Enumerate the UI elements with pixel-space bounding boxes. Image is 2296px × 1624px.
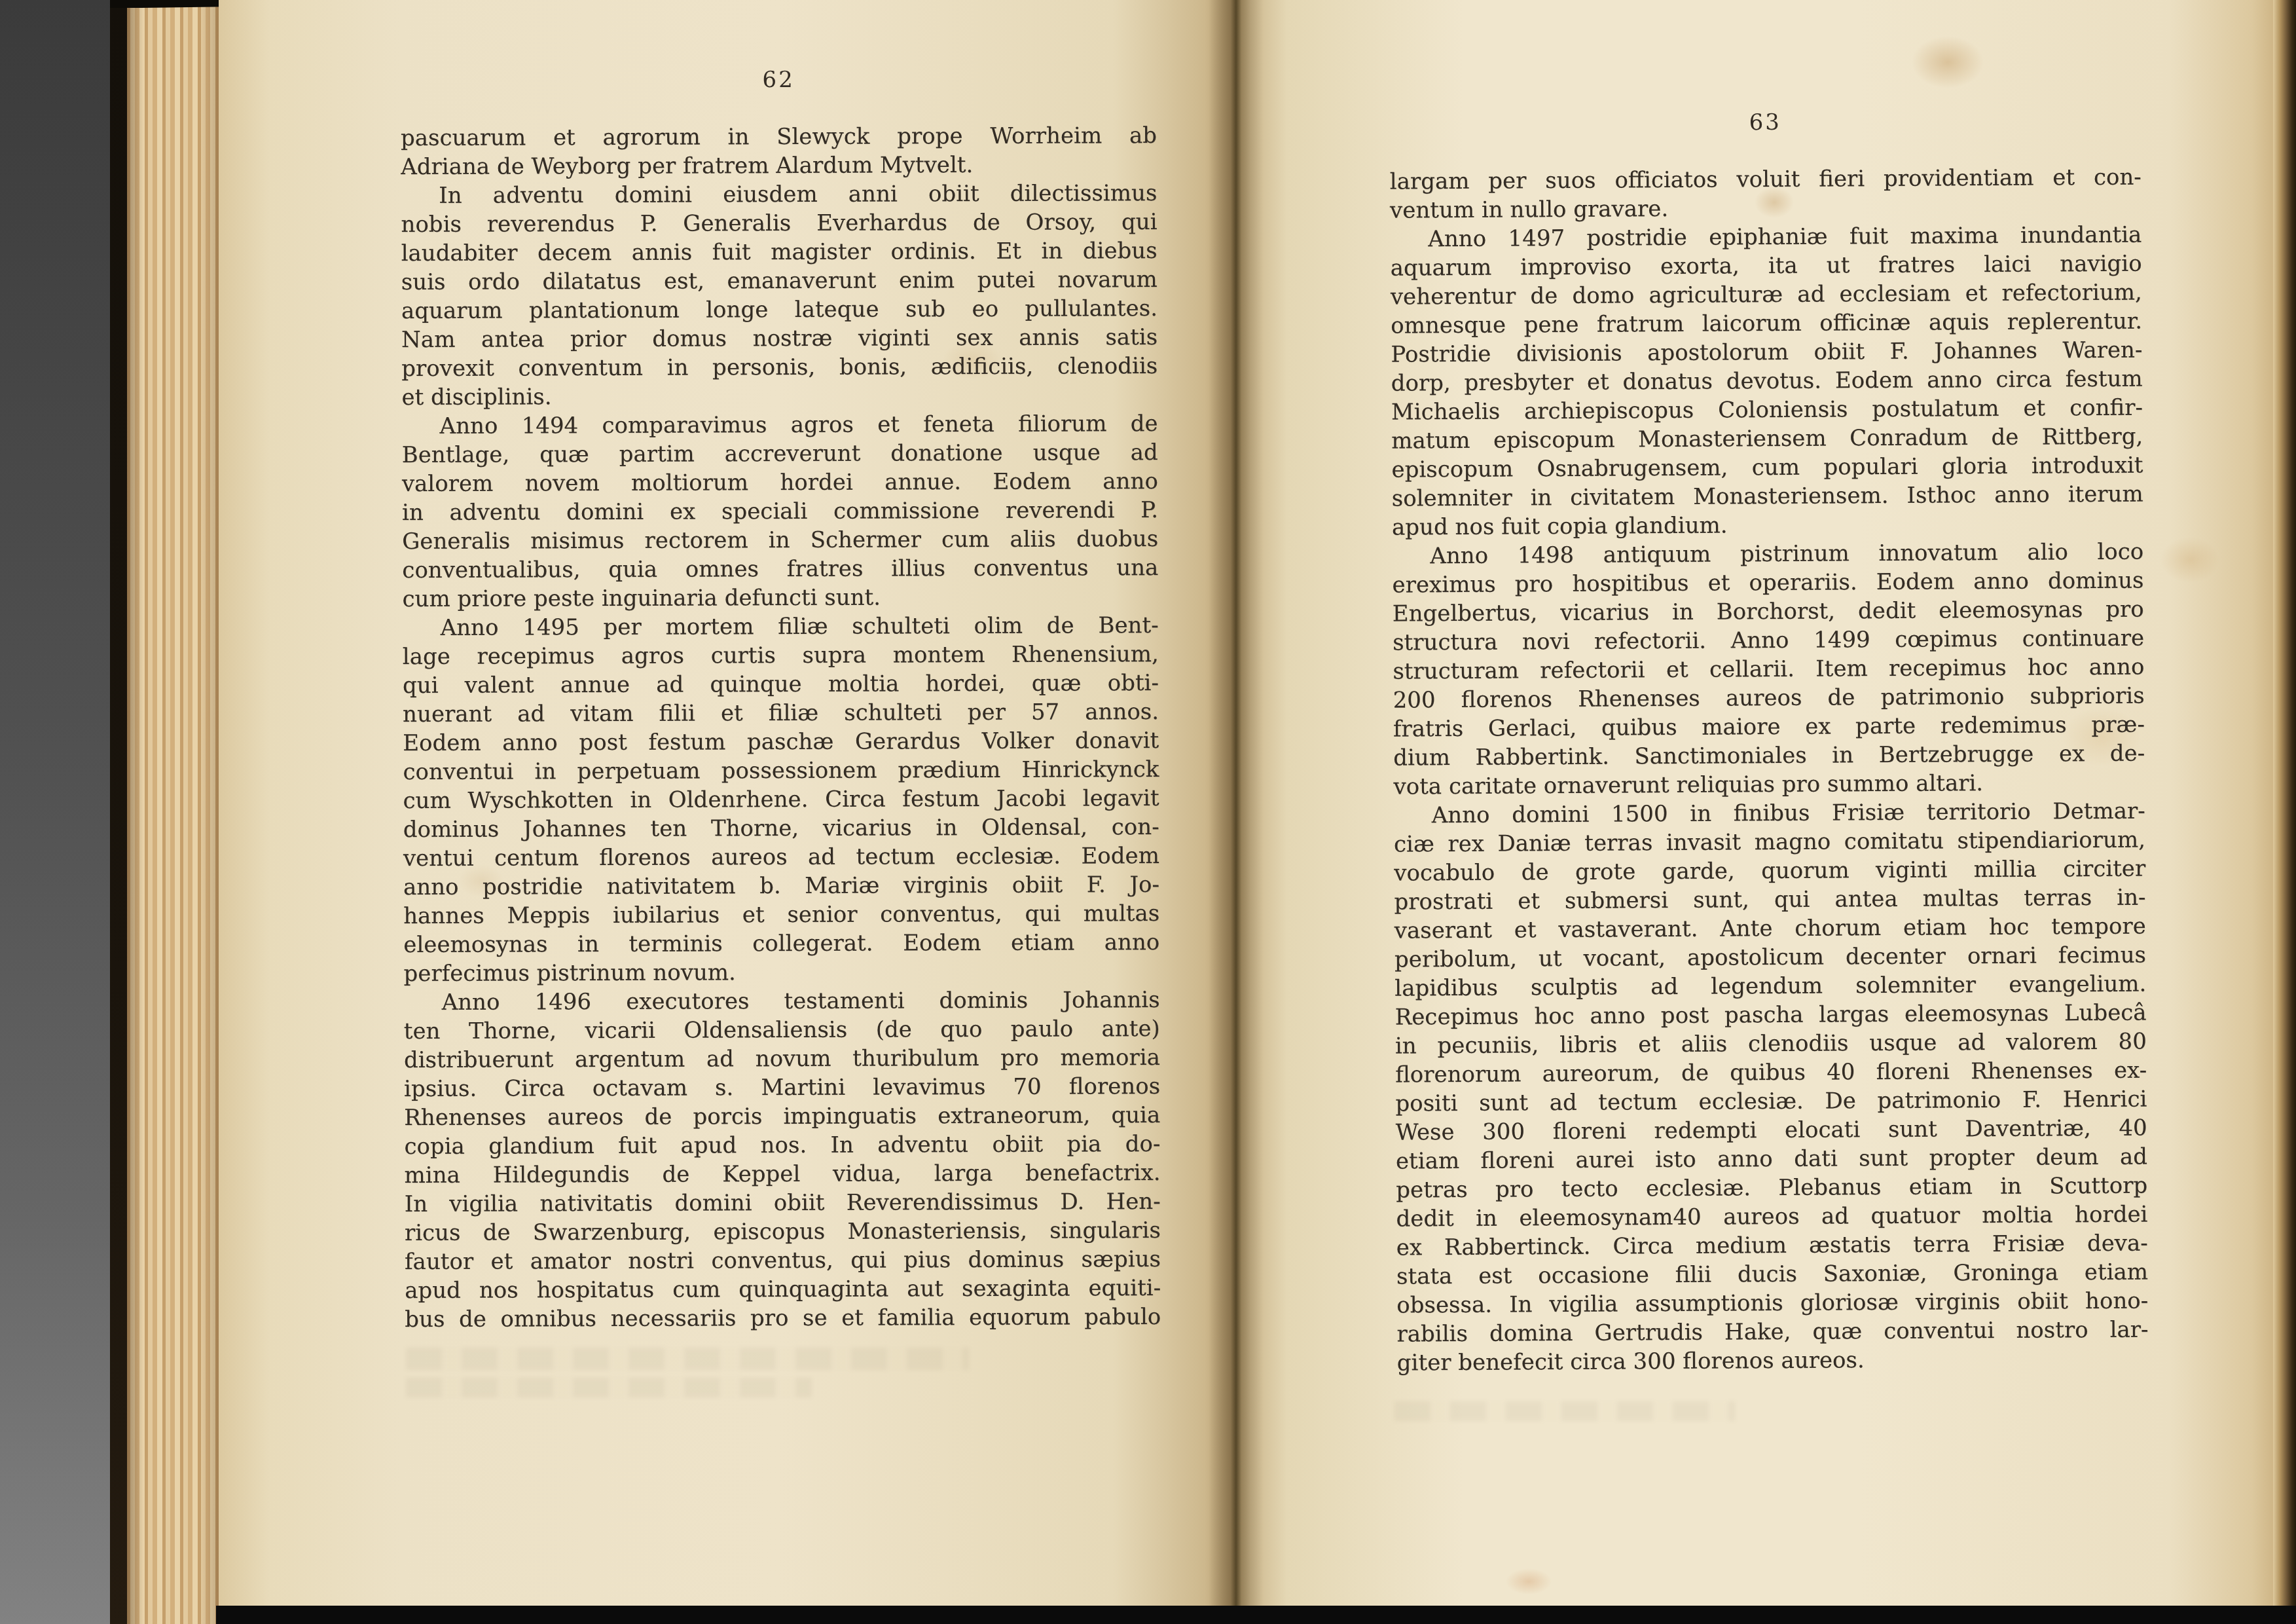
text-line: dominus Johannes ten Thorne, vicarius in… (403, 813, 1159, 844)
page-edge-stack (127, 0, 219, 1624)
text-line: in adventu domini ex speciali commission… (402, 496, 1158, 527)
text-line: stata est occasione filii ducis Saxoniæ,… (1396, 1257, 2148, 1291)
text-line: aquarum improviso exorta, ita ut fratres… (1390, 249, 2141, 283)
text-line: qui valent annue ad quinque moltia horde… (403, 669, 1159, 700)
text-line: episcopum Osnabrugensem, cum populari gl… (1391, 451, 2143, 485)
text-line: rabilis domina Gertrudis Hake, quæ conve… (1396, 1315, 2148, 1348)
text-line: mina Hildegundis de Keppel vidua, larga … (404, 1158, 1160, 1190)
text-line: obsessa. In vigilia assumptionis glorios… (1396, 1286, 2148, 1319)
left-page-text: pascuarum et agrorum in Slewyck prope Wo… (401, 121, 1161, 1334)
text-line: Anno domini 1500 in finibus Frisiæ terri… (1394, 796, 2145, 830)
text-line: largam per suos officiatos voluit fieri … (1390, 163, 2141, 196)
text-line: conventualibus, quia omnes fratres illiu… (402, 553, 1158, 585)
text-line: Anno 1498 antiquum pistrinum innovatum a… (1392, 537, 2143, 570)
text-line: florenorum aureorum, de quibus 40 floren… (1395, 1056, 2147, 1089)
text-line: ten Thorne, vicarii Oldensaliensis (de q… (404, 1014, 1160, 1046)
gutter-shadow (1209, 0, 1264, 1608)
text-line: eleemosynas in terminis collegerat. Eode… (403, 928, 1159, 959)
text-line: Anno 1496 executores testamenti dominis … (404, 986, 1160, 1017)
text-line: et disciplinis. (401, 380, 1157, 412)
text-line: omnesque pene fratrum laicorum officinæ … (1391, 307, 2142, 341)
right-page-content: 63 largam per suos officiatos voluit fie… (1389, 106, 2149, 1378)
text-line: petras pro tecto ecclesiæ. Plebanus etia… (1396, 1171, 2147, 1204)
text-line: lage recepimus agros curtis supra montem… (403, 640, 1159, 671)
text-line: perfecimus pistrinum novum. (403, 957, 1159, 988)
text-line: ciæ rex Daniæ terras invasit magno comit… (1394, 825, 2145, 858)
text-line: positi sunt ad tectum ecclesiæ. De patri… (1395, 1084, 2147, 1118)
text-line: valorem novem moltiorum hordei annue. Eo… (402, 467, 1158, 498)
text-line: Eodem anno post festum paschæ Gerardus V… (403, 726, 1159, 758)
text-line: Recepimus hoc anno post pascha largas el… (1394, 998, 2146, 1031)
text-line: structuram refectorii et cellarii. Item … (1393, 652, 2144, 686)
text-line: laudabiter decem annis fuit magister ord… (401, 236, 1157, 268)
text-line: anno postridie nativitatem b. Mariæ virg… (403, 870, 1159, 902)
text-line: hannes Meppis iubilarius et senior conve… (403, 899, 1159, 931)
text-line: apud nos hospitatus cum quinquaginta aut… (405, 1274, 1161, 1305)
text-line: Wese 300 floreni redempti elocati sunt D… (1396, 1113, 2147, 1147)
text-line: nuerant ad vitam filii et filiæ schultet… (403, 697, 1159, 729)
text-line: structura novi refectorii. Anno 1499 cœp… (1393, 623, 2144, 657)
text-line: ventum in nullo gravare. (1390, 192, 2141, 225)
text-line: vaserant et vastaverant. Ante chorum eti… (1394, 912, 2146, 945)
text-line: Anno 1494 comparavimus agros et feneta f… (401, 409, 1157, 441)
text-line: Adriana de Weyborg per fratrem Alardum M… (401, 150, 1157, 181)
scanner-background-bottom (216, 1606, 2296, 1624)
text-line: vocabulo de grote garde, quorum viginti … (1394, 854, 2145, 887)
page-number-right: 63 (1389, 106, 2141, 139)
text-line: Postridie divisionis apostolorum obiit F… (1391, 336, 2142, 369)
text-line: dium Rabbertink. Sanctimoniales in Bertz… (1393, 739, 2145, 772)
text-line: fratris Gerlaci, quibus maiore ex parte … (1393, 710, 2145, 743)
text-line: cum priore peste inguinaria defuncti sun… (402, 582, 1158, 614)
text-line: In vigilia nativitatis domini obiit Reve… (405, 1187, 1161, 1219)
text-line: giter benefecit circa 300 florenos aureo… (1397, 1344, 2149, 1377)
text-line: Anno 1495 per mortem filiæ schulteti oli… (403, 611, 1159, 642)
text-line: Rhenenses aureos de porcis impinguatis e… (404, 1101, 1160, 1132)
text-line: bus de omnibus necessariis pro se et fam… (405, 1302, 1161, 1334)
left-page-content: 62 pascuarum et agrorum in Slewyck prope… (401, 64, 1161, 1334)
text-line: copia glandium fuit apud nos. In adventu… (404, 1130, 1160, 1161)
text-line: provexit conventum in personis, bonis, æ… (401, 352, 1157, 383)
book-scan: 62 pascuarum et agrorum in Slewyck prope… (0, 0, 2296, 1624)
text-line: ventui centum florenos aureos ad tectum … (403, 841, 1159, 873)
text-line: Engelbertus, vicarius in Borchorst, dedi… (1393, 595, 2144, 628)
text-line: Michaelis archiepiscopus Coloniensis pos… (1391, 394, 2143, 427)
text-line: suis ordo dilatatus est, emanaverunt eni… (401, 265, 1157, 297)
text-line: Generalis misimus rectorem in Schermer c… (402, 525, 1158, 556)
text-line: pascuarum et agrorum in Slewyck prope Wo… (401, 121, 1157, 153)
text-line: vota caritate ornaverunt reliquias pro s… (1393, 767, 2145, 801)
text-line: aquarum plantationum longe lateque sub e… (401, 294, 1157, 325)
text-line: peribolum, ut vocant, apostolicum decent… (1394, 940, 2146, 974)
text-line: solemniter in civitatem Monasteriensem. … (1392, 480, 2143, 513)
text-line: Nam antea prior domus nostræ viginti sex… (401, 323, 1157, 354)
text-line: ex Rabbertinck. Circa medium æstatis ter… (1396, 1228, 2148, 1262)
scanner-background-left (0, 0, 110, 1624)
text-line: cum Wyschkotten in Oldenrhene. Circa fes… (403, 784, 1159, 815)
text-line: Anno 1497 postridie epiphaniæ fuit maxim… (1390, 221, 2141, 254)
text-line: prostrati et submersi sunt, qui antea mu… (1394, 883, 2145, 916)
right-page-text: largam per suos officiatos voluit fieri … (1390, 163, 2149, 1378)
text-line: in pecuniis, libris et aliis clenodiis u… (1395, 1027, 2147, 1060)
text-line: ipsius. Circa octavam s. Martini levavim… (404, 1072, 1160, 1103)
text-line: dedit in eleemosynam40 aureos ad quatuor… (1396, 1200, 2147, 1233)
page-number-left: 62 (401, 64, 1157, 96)
text-line: 200 florenos Rhenenses aureos de patrimo… (1393, 681, 2144, 714)
text-line: ricus de Swarzenburg, episcopus Monaster… (405, 1216, 1161, 1247)
text-line: veherentur de domo agriculturæ ad eccles… (1391, 278, 2142, 312)
text-line: conventui in perpetuam possessionem præd… (403, 755, 1159, 786)
text-line: etiam floreni aurei isto anno dati sunt … (1396, 1142, 2147, 1175)
text-line: Bentlage, quæ partim accreverunt donatio… (402, 438, 1158, 470)
text-line: apud nos fuit copia glandium. (1392, 509, 2143, 542)
text-line: matum episcopum Monasteriensem Conradum … (1391, 422, 2143, 456)
text-line: dorp, presbyter et donatus devotus. Eode… (1391, 365, 2143, 398)
text-line: distribuerunt argentum ad novum thuribul… (404, 1043, 1160, 1075)
text-line: lapidibus sculptis ad legendum solemnite… (1394, 969, 2146, 1003)
text-line: fautor et amator nostri conventus, qui p… (405, 1245, 1161, 1276)
book-cover-edge (110, 0, 127, 1624)
text-line: nobis reverendus P. Generalis Everhardus… (401, 208, 1157, 239)
book-fore-edge-right (2273, 0, 2296, 1608)
text-line: ereximus pro hospitibus et operariis. Eo… (1392, 566, 2143, 599)
text-line: In adventu domini eiusdem anni obiit dil… (401, 179, 1157, 210)
